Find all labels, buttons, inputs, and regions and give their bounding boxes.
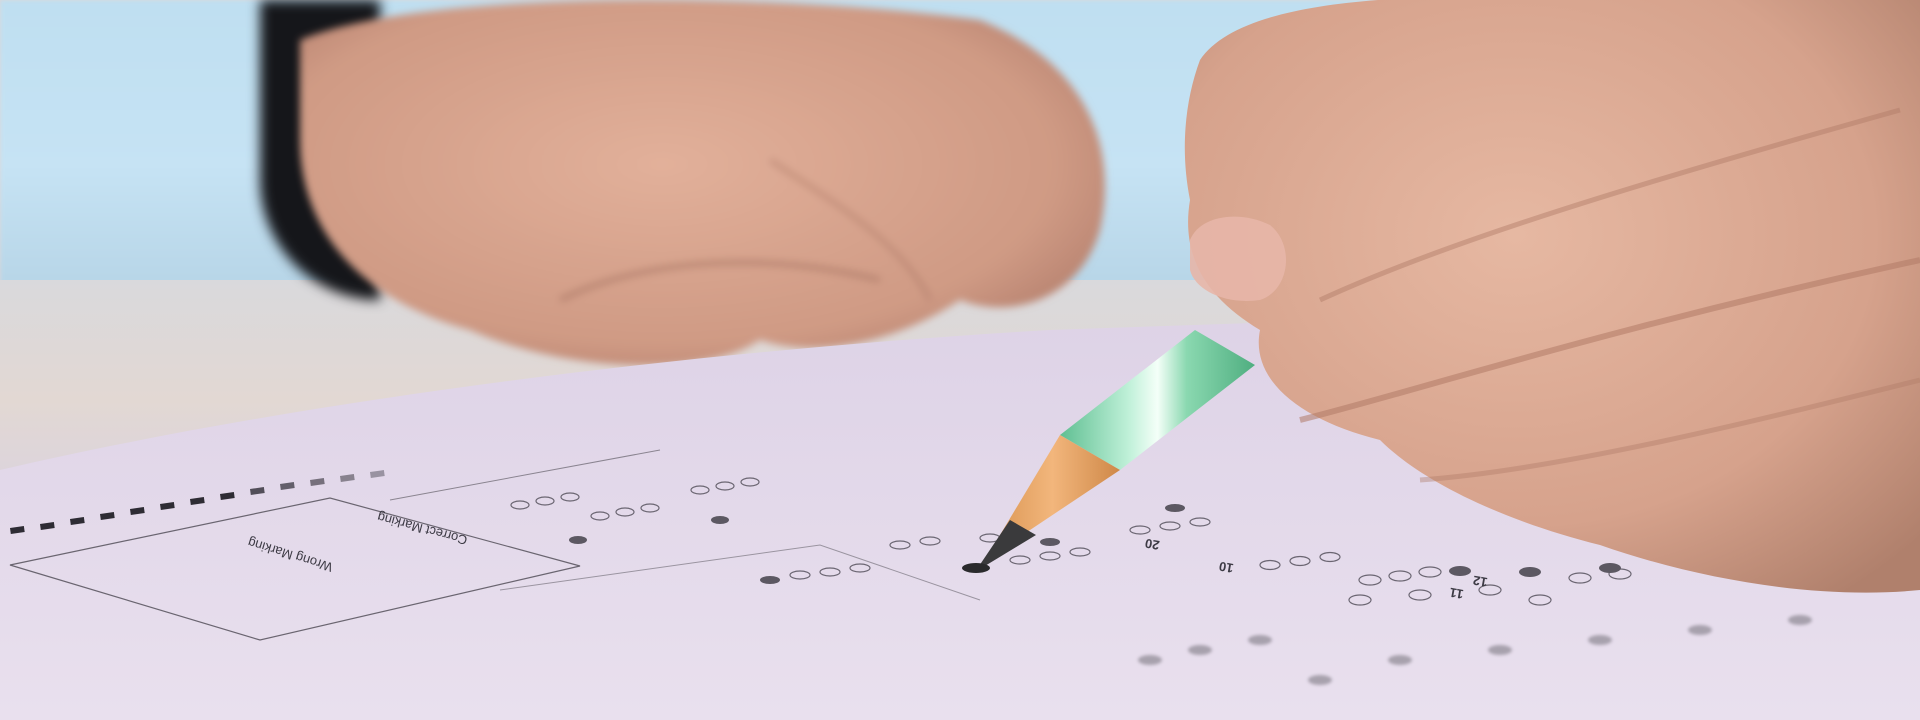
question-number: 10	[1218, 559, 1235, 576]
left-hand	[300, 0, 1105, 365]
question-number: 12	[1472, 573, 1489, 590]
photo-scene	[0, 0, 1920, 720]
question-number: 11	[1448, 585, 1464, 602]
question-number: 20	[1144, 536, 1161, 553]
